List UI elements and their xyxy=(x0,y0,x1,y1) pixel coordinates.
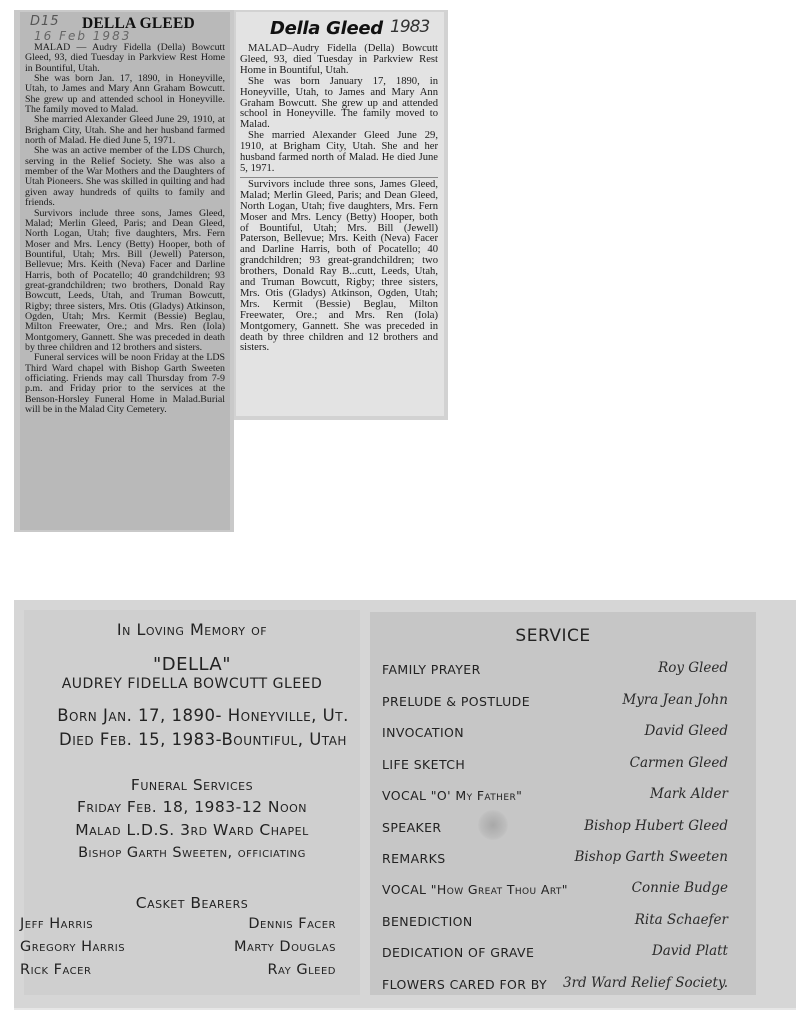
died-line: Died Feb. 15, 1983-Bountiful, Utah xyxy=(24,730,360,749)
full-name: AUDREY FIDELLA BOWCUTT GLEED xyxy=(24,676,360,692)
clipping-1-body: MALAD — Audry Fidella (Della) Bowcutt Gl… xyxy=(25,43,225,415)
nickname: "DELLA" xyxy=(24,654,360,675)
services-officiant: Bishop Garth Sweeten, officiating xyxy=(24,845,360,861)
paragraph: MALAD–Audry Fidella (Della) Bowcutt Glee… xyxy=(240,44,438,77)
bearer-name: Rick Facer xyxy=(20,962,91,978)
program-participant: 3rd Ward Relief Society. xyxy=(563,975,728,991)
program-row: SPEAKERBishop Hubert Gleed xyxy=(382,820,728,840)
paragraph: She was an active member of the LDS Chur… xyxy=(25,146,225,208)
bearers-heading: Casket Bearers xyxy=(24,894,360,912)
program-role: BENEDICTION xyxy=(382,914,473,929)
program-role: DEDICATION OF GRAVE xyxy=(382,945,534,960)
program-role: FAMILY PRAYER xyxy=(382,662,481,677)
program-row: FAMILY PRAYERRoy Gleed xyxy=(382,662,728,682)
program-row: PRELUDE & POSTLUDEMyra Jean John xyxy=(382,694,728,714)
paper-stain xyxy=(478,810,508,840)
card-bottom-edge xyxy=(14,1008,796,1010)
services-place: Malad L.D.S. 3rd Ward Chapel xyxy=(24,821,360,839)
program-participant: Bishop Garth Sweeten xyxy=(574,849,728,865)
memorial-card-program: SERVICE FAMILY PRAYERRoy GleedPRELUDE & … xyxy=(370,612,756,995)
memorial-heading: In Loving Memory of xyxy=(24,620,360,639)
program-row: REMARKSBishop Garth Sweeten xyxy=(382,851,728,871)
program-row: LIFE SKETCHCarmen Gleed xyxy=(382,757,728,777)
bearer-name: Dennis Facer xyxy=(248,916,336,932)
paragraph: She was born January 17, 1890, in Honeyv… xyxy=(240,77,438,132)
program-participant: Roy Gleed xyxy=(658,660,728,676)
paragraph: MALAD — Audry Fidella (Della) Bowcutt Gl… xyxy=(25,43,225,74)
program-row: VOCAL "How Great Thou Art"Connie Budge xyxy=(382,882,728,902)
program-participant: Carmen Gleed xyxy=(630,755,728,771)
program-row: INVOCATIONDavid Gleed xyxy=(382,725,728,745)
program-role: FLOWERS CARED FOR BY xyxy=(382,977,547,992)
program-row: DEDICATION OF GRAVEDavid Platt xyxy=(382,945,728,965)
bearer-name: Ray Gleed xyxy=(267,962,336,978)
paragraph: She married Alexander Gleed June 29, 191… xyxy=(240,131,438,175)
program-participant: Connie Budge xyxy=(632,880,728,896)
program-row: FLOWERS CARED FOR BY3rd Ward Relief Soci… xyxy=(382,977,728,997)
obituary-clipping-1: D15 16 Feb 1983 DELLA GLEED MALAD — Audr… xyxy=(20,12,230,530)
clipping-2-body: MALAD–Audry Fidella (Della) Bowcutt Glee… xyxy=(240,44,438,354)
bearer-name: Gregory Harris xyxy=(20,939,125,955)
program-role: VOCAL "How Great Thou Art" xyxy=(382,882,568,897)
obituary-clipping-2: Della Gleed 1983 MALAD–Audry Fidella (De… xyxy=(236,12,444,416)
paragraph: Funeral services will be noon Friday at … xyxy=(25,353,225,415)
handwritten-year: 1983 xyxy=(390,17,429,37)
program-row: VOCAL "O' My Father"Mark Alder xyxy=(382,788,728,808)
paragraph: Survivors include three sons, James Glee… xyxy=(25,209,225,354)
service-heading: SERVICE xyxy=(370,626,756,646)
program-participant: Myra Jean John xyxy=(622,692,728,708)
program-role: INVOCATION xyxy=(382,725,464,740)
program-participant: David Gleed xyxy=(645,723,728,739)
survivors-paragraph: Survivors include three sons, James Glee… xyxy=(240,177,438,355)
program-role: REMARKS xyxy=(382,851,446,866)
memorial-card-front: In Loving Memory of "DELLA" AUDREY FIDEL… xyxy=(24,610,360,995)
program-participant: Mark Alder xyxy=(650,786,728,802)
program-role: PRELUDE & POSTLUDE xyxy=(382,694,530,709)
program-row: BENEDICTIONRita Schaefer xyxy=(382,914,728,934)
paragraph: She married Alexander Gleed June 29, 191… xyxy=(25,115,225,146)
program-participant: David Platt xyxy=(652,943,728,959)
program-participant: Bishop Hubert Gleed xyxy=(584,818,728,834)
paragraph: She was born Jan. 17, 1890, in Honeyvill… xyxy=(25,74,225,115)
clipping-2-headline: Della Gleed xyxy=(270,18,383,39)
services-date: Friday Feb. 18, 1983-12 Noon xyxy=(24,798,360,816)
born-line: Born Jan. 17, 1890- Honeyville, Ut. xyxy=(24,706,360,725)
program-role: VOCAL "O' My Father" xyxy=(382,788,522,803)
handwritten-id: D15 xyxy=(30,14,60,29)
bearer-name: Jeff Harris xyxy=(20,916,93,932)
program-role: SPEAKER xyxy=(382,820,442,835)
program-role: LIFE SKETCH xyxy=(382,757,465,772)
bearer-name: Marty Douglas xyxy=(234,939,336,955)
services-heading: Funeral Services xyxy=(24,776,360,794)
clipping-1-headline: DELLA GLEED xyxy=(82,15,195,33)
program-participant: Rita Schaefer xyxy=(635,912,728,928)
